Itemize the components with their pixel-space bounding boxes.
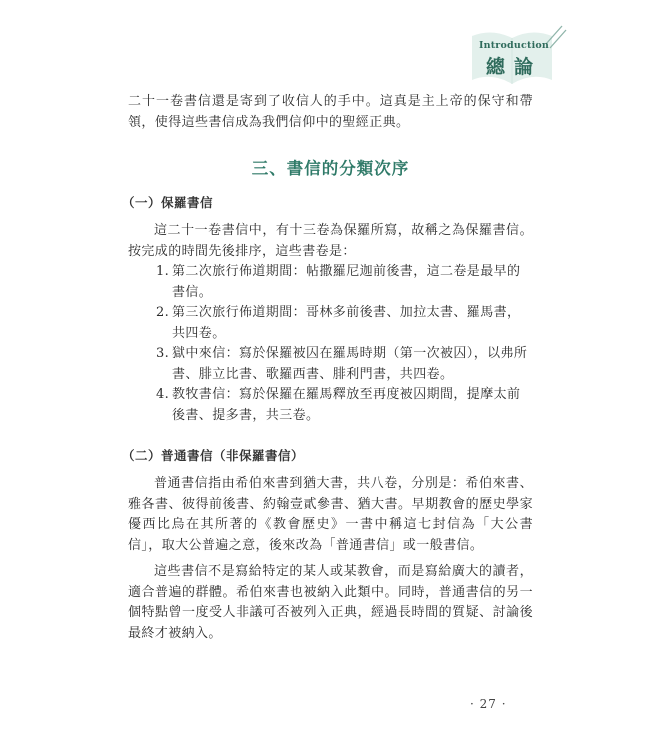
general-paragraph-1: 普通書信指由希伯來書到猶大書，共八卷，分別是：希伯來書、雅各書、彼得前後書、約翰… [128,474,533,556]
page-number: · 27 · [470,697,507,711]
page-body: 二十一卷書信還是寄到了收信人的手中。這真是主上帝的保守和帶領，使得這些書信成為我… [128,92,533,644]
list-text: 第三次旅行佈道期間：哥林多前後書、加拉太書、羅馬書，共四卷。 [172,305,520,341]
list-text: 教牧書信：寫於保羅在羅馬釋放至再度被囚期間，提摩太前後書、提多書，共三卷。 [172,387,520,423]
subsection-heading-general: （二）普通書信（非保羅書信） [122,446,533,464]
list-item: 4. 教牧書信：寫於保羅在羅馬釋放至再度被囚期間，提摩太前後書、提多書，共三卷。 [128,385,533,426]
list-text: 獄中來信：寫於保羅被囚在羅馬時期（第一次被囚），以弗所書、腓立比書、歌羅西書、腓… [172,346,527,382]
intro-paragraph: 二十一卷書信還是寄到了收信人的手中。這真是主上帝的保守和帶領，使得這些書信成為我… [128,92,533,133]
list-number: 3. [156,344,169,365]
list-number: 4. [156,385,169,406]
general-paragraph-2: 這些書信不是寫給特定的某人或某教會，而是寫給廣大的讀者，適合普遍的群體。希伯來書… [128,562,533,644]
chapter-label-zh: 總論 [474,52,554,79]
list-number: 1. [156,262,169,283]
list-item: 2. 第三次旅行佈道期間：哥林多前後書、加拉太書、羅馬書，共四卷。 [128,303,533,344]
list-number: 2. [156,303,169,324]
section-title: 三、書信的分類次序 [128,155,533,179]
list-text: 第二次旅行佈道期間：帖撒羅尼迦前後書，這二卷是最早的書信。 [172,264,520,300]
list-item: 3. 獄中來信：寫於保羅被囚在羅馬時期（第一次被囚），以弗所書、腓立比書、歌羅西… [128,344,533,385]
list-item: 1. 第二次旅行佈道期間：帖撒羅尼迦前後書，這二卷是最早的書信。 [128,262,533,303]
subsection-heading-pauline: （一）保羅書信 [122,193,533,211]
chapter-badge: Introduction 總論 [470,22,570,84]
chapter-label-en: Introduction [474,40,554,51]
pauline-paragraph: 這二十一卷書信中，有十三卷為保羅所寫，故稱之為保羅書信。按完成的時間先後排序，這… [128,221,533,262]
